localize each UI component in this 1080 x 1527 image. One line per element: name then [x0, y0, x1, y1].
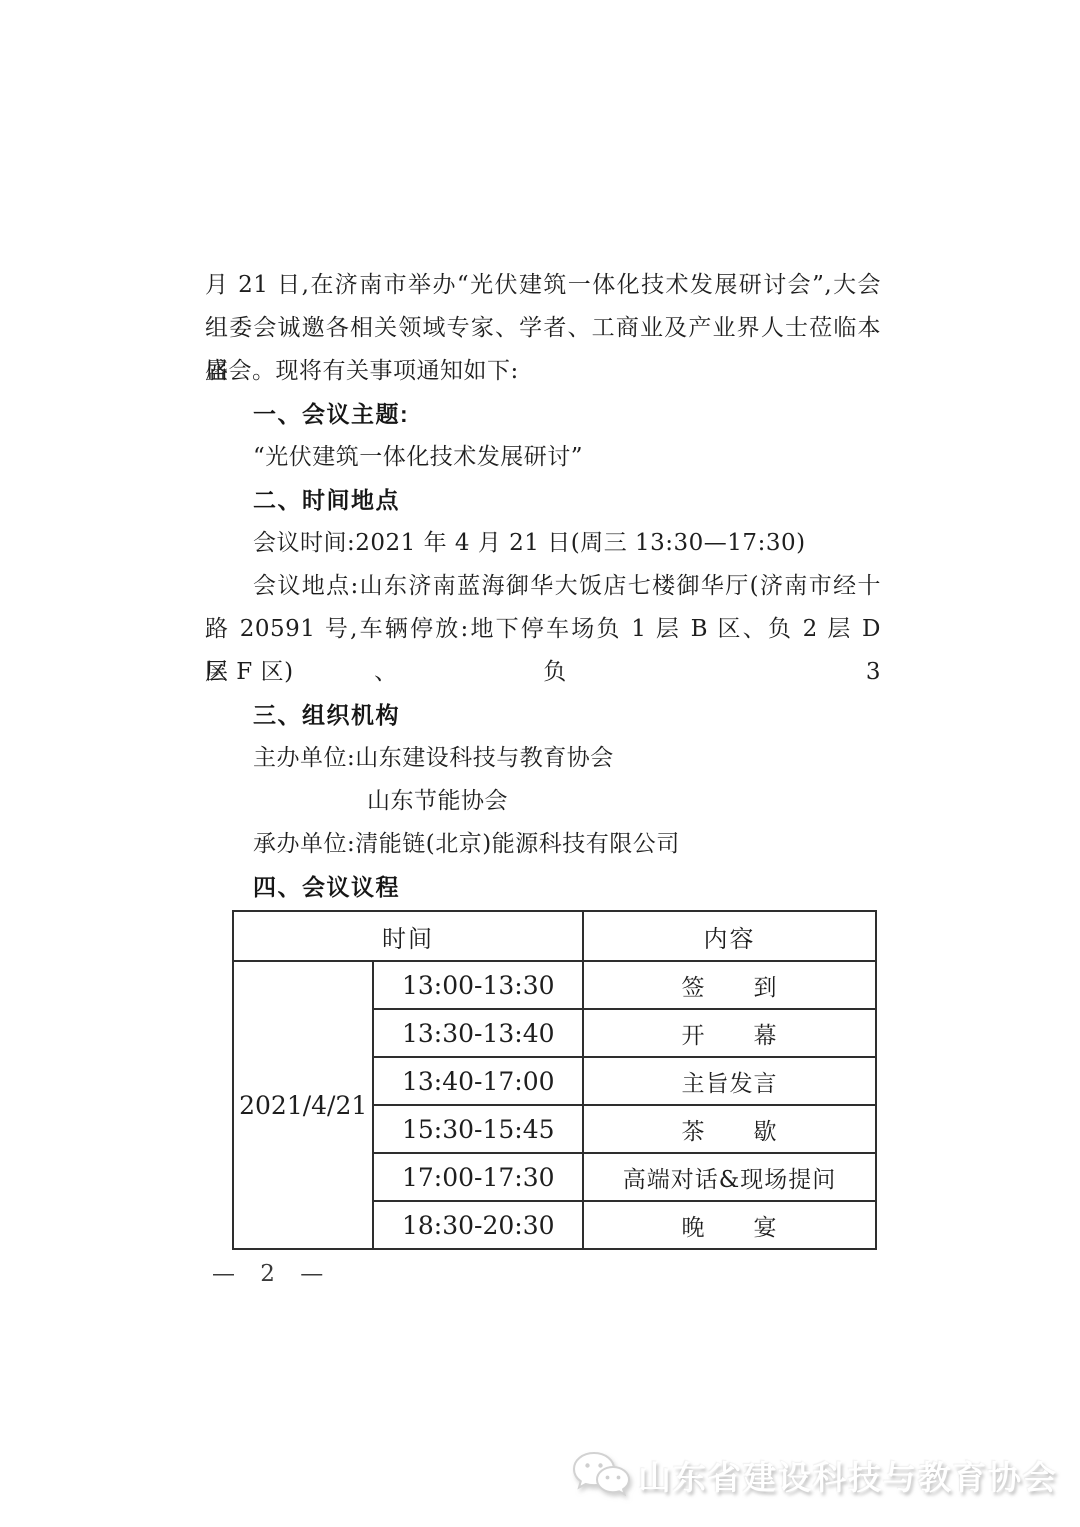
agenda-row: 2021/4/21 13:00-13:30 签 到 [233, 961, 876, 1009]
wechat-icon [572, 1450, 630, 1500]
agenda-time-cell: 13:00-13:30 [373, 961, 583, 1009]
section-heading-organization: 三、组织机构 [205, 694, 881, 737]
meeting-location-line-2: 路 20591 号,车辆停放:地下停车场负 1 层 B 区、负 2 层 D 区、… [205, 608, 881, 651]
document-page: 月 21 日,在济南市举办“光伏建筑一体化技术发展研讨会”,大会 组委会诚邀各相… [0, 0, 1080, 1527]
intro-line-3: 盛会。现将有关事项通知如下: [205, 350, 881, 393]
agenda-time-cell: 18:30-20:30 [373, 1201, 583, 1249]
section-heading-time-place: 二、时间地点 [205, 479, 881, 522]
section-heading-agenda: 四、会议议程 [205, 866, 881, 909]
host-line-2: 山东节能协会 [205, 780, 881, 823]
watermark: 山东省建设科技与教育协会 [572, 1450, 1058, 1500]
theme-line: “光伏建筑一体化技术发展研讨” [205, 436, 881, 479]
meeting-time-line: 会议时间:2021 年 4 月 21 日(周三 13:30—17:30) [205, 522, 881, 565]
agenda-table: 时间 内容 2021/4/21 13:00-13:30 签 到 13:30-13… [232, 910, 877, 1250]
agenda-content-cell: 晚 宴 [583, 1201, 876, 1249]
agenda-content-cell: 主旨发言 [583, 1057, 876, 1105]
agenda-header-time: 时间 [233, 911, 583, 961]
host-line-1: 主办单位:山东建设科技与教育协会 [205, 737, 881, 780]
agenda-time-cell: 13:40-17:00 [373, 1057, 583, 1105]
organizer-line: 承办单位:清能链(北京)能源科技有限公司 [205, 823, 881, 866]
section-heading-theme: 一、会议主题: [205, 393, 881, 436]
agenda-time-cell: 15:30-15:45 [373, 1105, 583, 1153]
document-body: 月 21 日,在济南市举办“光伏建筑一体化技术发展研讨会”,大会 组委会诚邀各相… [205, 264, 881, 1250]
agenda-content-cell: 开 幕 [583, 1009, 876, 1057]
intro-line-2: 组委会诚邀各相关领域专家、学者、工商业及产业界人士莅临本届 [205, 307, 881, 350]
agenda-header-row: 时间 内容 [233, 911, 876, 961]
agenda-content-cell: 签 到 [583, 961, 876, 1009]
watermark-text: 山东省建设科技与教育协会 [638, 1452, 1058, 1499]
agenda-content-cell: 茶 歇 [583, 1105, 876, 1153]
agenda-content-cell: 高端对话&现场提问 [583, 1153, 876, 1201]
agenda-time-cell: 13:30-13:40 [373, 1009, 583, 1057]
page-number: — 2 — [212, 1261, 324, 1287]
meeting-location-line-1: 会议地点:山东济南蓝海御华大饭店七楼御华厅(济南市经十 [205, 565, 881, 608]
agenda-time-cell: 17:00-17:30 [373, 1153, 583, 1201]
intro-line-1: 月 21 日,在济南市举办“光伏建筑一体化技术发展研讨会”,大会 [205, 264, 881, 307]
agenda-header-content: 内容 [583, 911, 876, 961]
agenda-date-cell: 2021/4/21 [233, 961, 373, 1249]
